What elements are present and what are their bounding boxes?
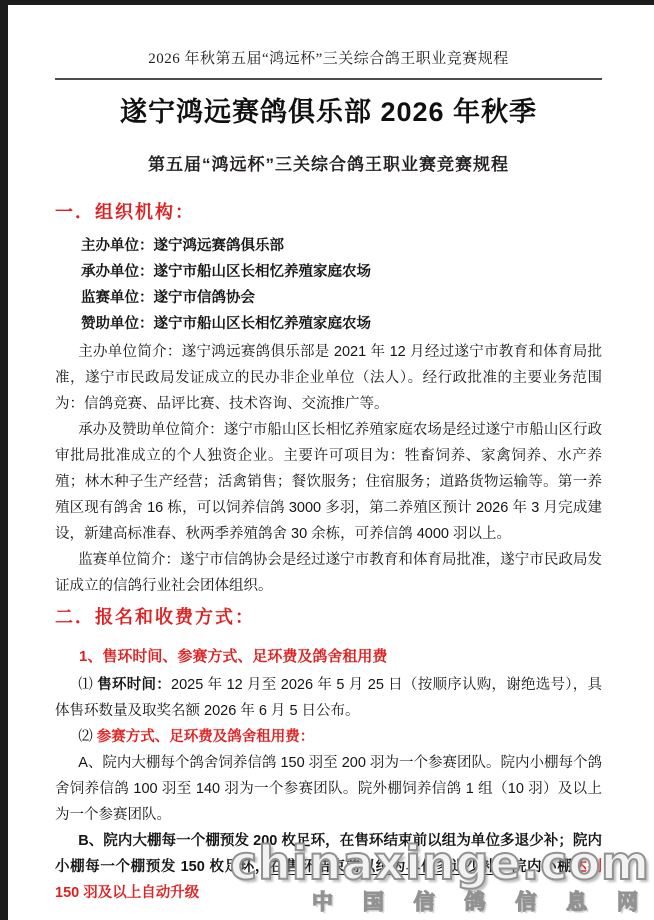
paragraph-host-intro: 主办单位简介：遂宁鸿远赛鸽俱乐部是 2021 年 12 月经过遂宁市教育和体育局…	[55, 339, 602, 417]
doc-title: 遂宁鸿远赛鸽俱乐部 2026 年秋季	[55, 96, 602, 128]
paragraph-item-b: B、院内大棚每一个棚预发 200 枚足环，在售环结束前以组为单位多退少补；院内小…	[55, 828, 602, 906]
paragraph-supervisor-intro: 监赛单位简介：遂宁市信鸽协会是经过遂宁市教育和体育局批准，遂宁市民政局发证成立的…	[55, 547, 602, 599]
org-line-organizer: 承办单位：遂宁市船山区长相忆养殖家庭农场	[81, 259, 602, 285]
org-line-sponsor: 赞助单位：遂宁市船山区长相忆养殖家庭农场	[81, 311, 602, 337]
paragraph-organizer-sponsor-intro: 承办及赞助单位简介：遂宁市船山区长相忆养殖家庭农场是经过遂宁市船山区行政审批局批…	[55, 417, 602, 547]
header-divider	[55, 78, 602, 80]
running-header: 2026 年秋第五届“鸿远杯”三关综合鸽王职业竞赛规程	[55, 49, 602, 69]
paragraph-entry-method-label: ⑵ 参赛方式、足环费及鸽舍租用费：	[55, 724, 602, 750]
section-2-heading: 二．报名和收费方式：	[55, 604, 602, 630]
fee-subheading: 1、售环时间、参赛方式、足环费及鸽舍租用费	[55, 644, 602, 670]
document-page: 2026 年秋第五届“鸿远杯”三关综合鸽王职业竞赛规程 遂宁鸿远赛鸽俱乐部 20…	[0, 0, 654, 920]
paragraph-item-a: A、院内大棚每个鸽舍饲养信鸽 150 羽至 200 羽为一个参赛团队。院内小棚每…	[55, 750, 602, 828]
section-1-heading: 一．组织机构：	[55, 199, 602, 225]
organization-list: 主办单位：遂宁鸿远赛鸽俱乐部 承办单位：遂宁市船山区长相忆养殖家庭农场 监赛单位…	[55, 233, 602, 337]
org-line-host: 主办单位：遂宁鸿远赛鸽俱乐部	[81, 233, 602, 259]
document-content: 2026 年秋第五届“鸿远杯”三关综合鸽王职业竞赛规程 遂宁鸿远赛鸽俱乐部 20…	[8, 5, 654, 906]
paragraph-ring-sale-time: ⑴ 售环时间：2025 年 12 月至 2026 年 5 月 25 日（按顺序认…	[55, 672, 602, 724]
doc-subtitle: 第五届“鸿远杯”三关综合鸽王职业赛竞赛规程	[55, 153, 602, 177]
org-line-supervisor: 监赛单位：遂宁市信鸽协会	[81, 285, 602, 311]
